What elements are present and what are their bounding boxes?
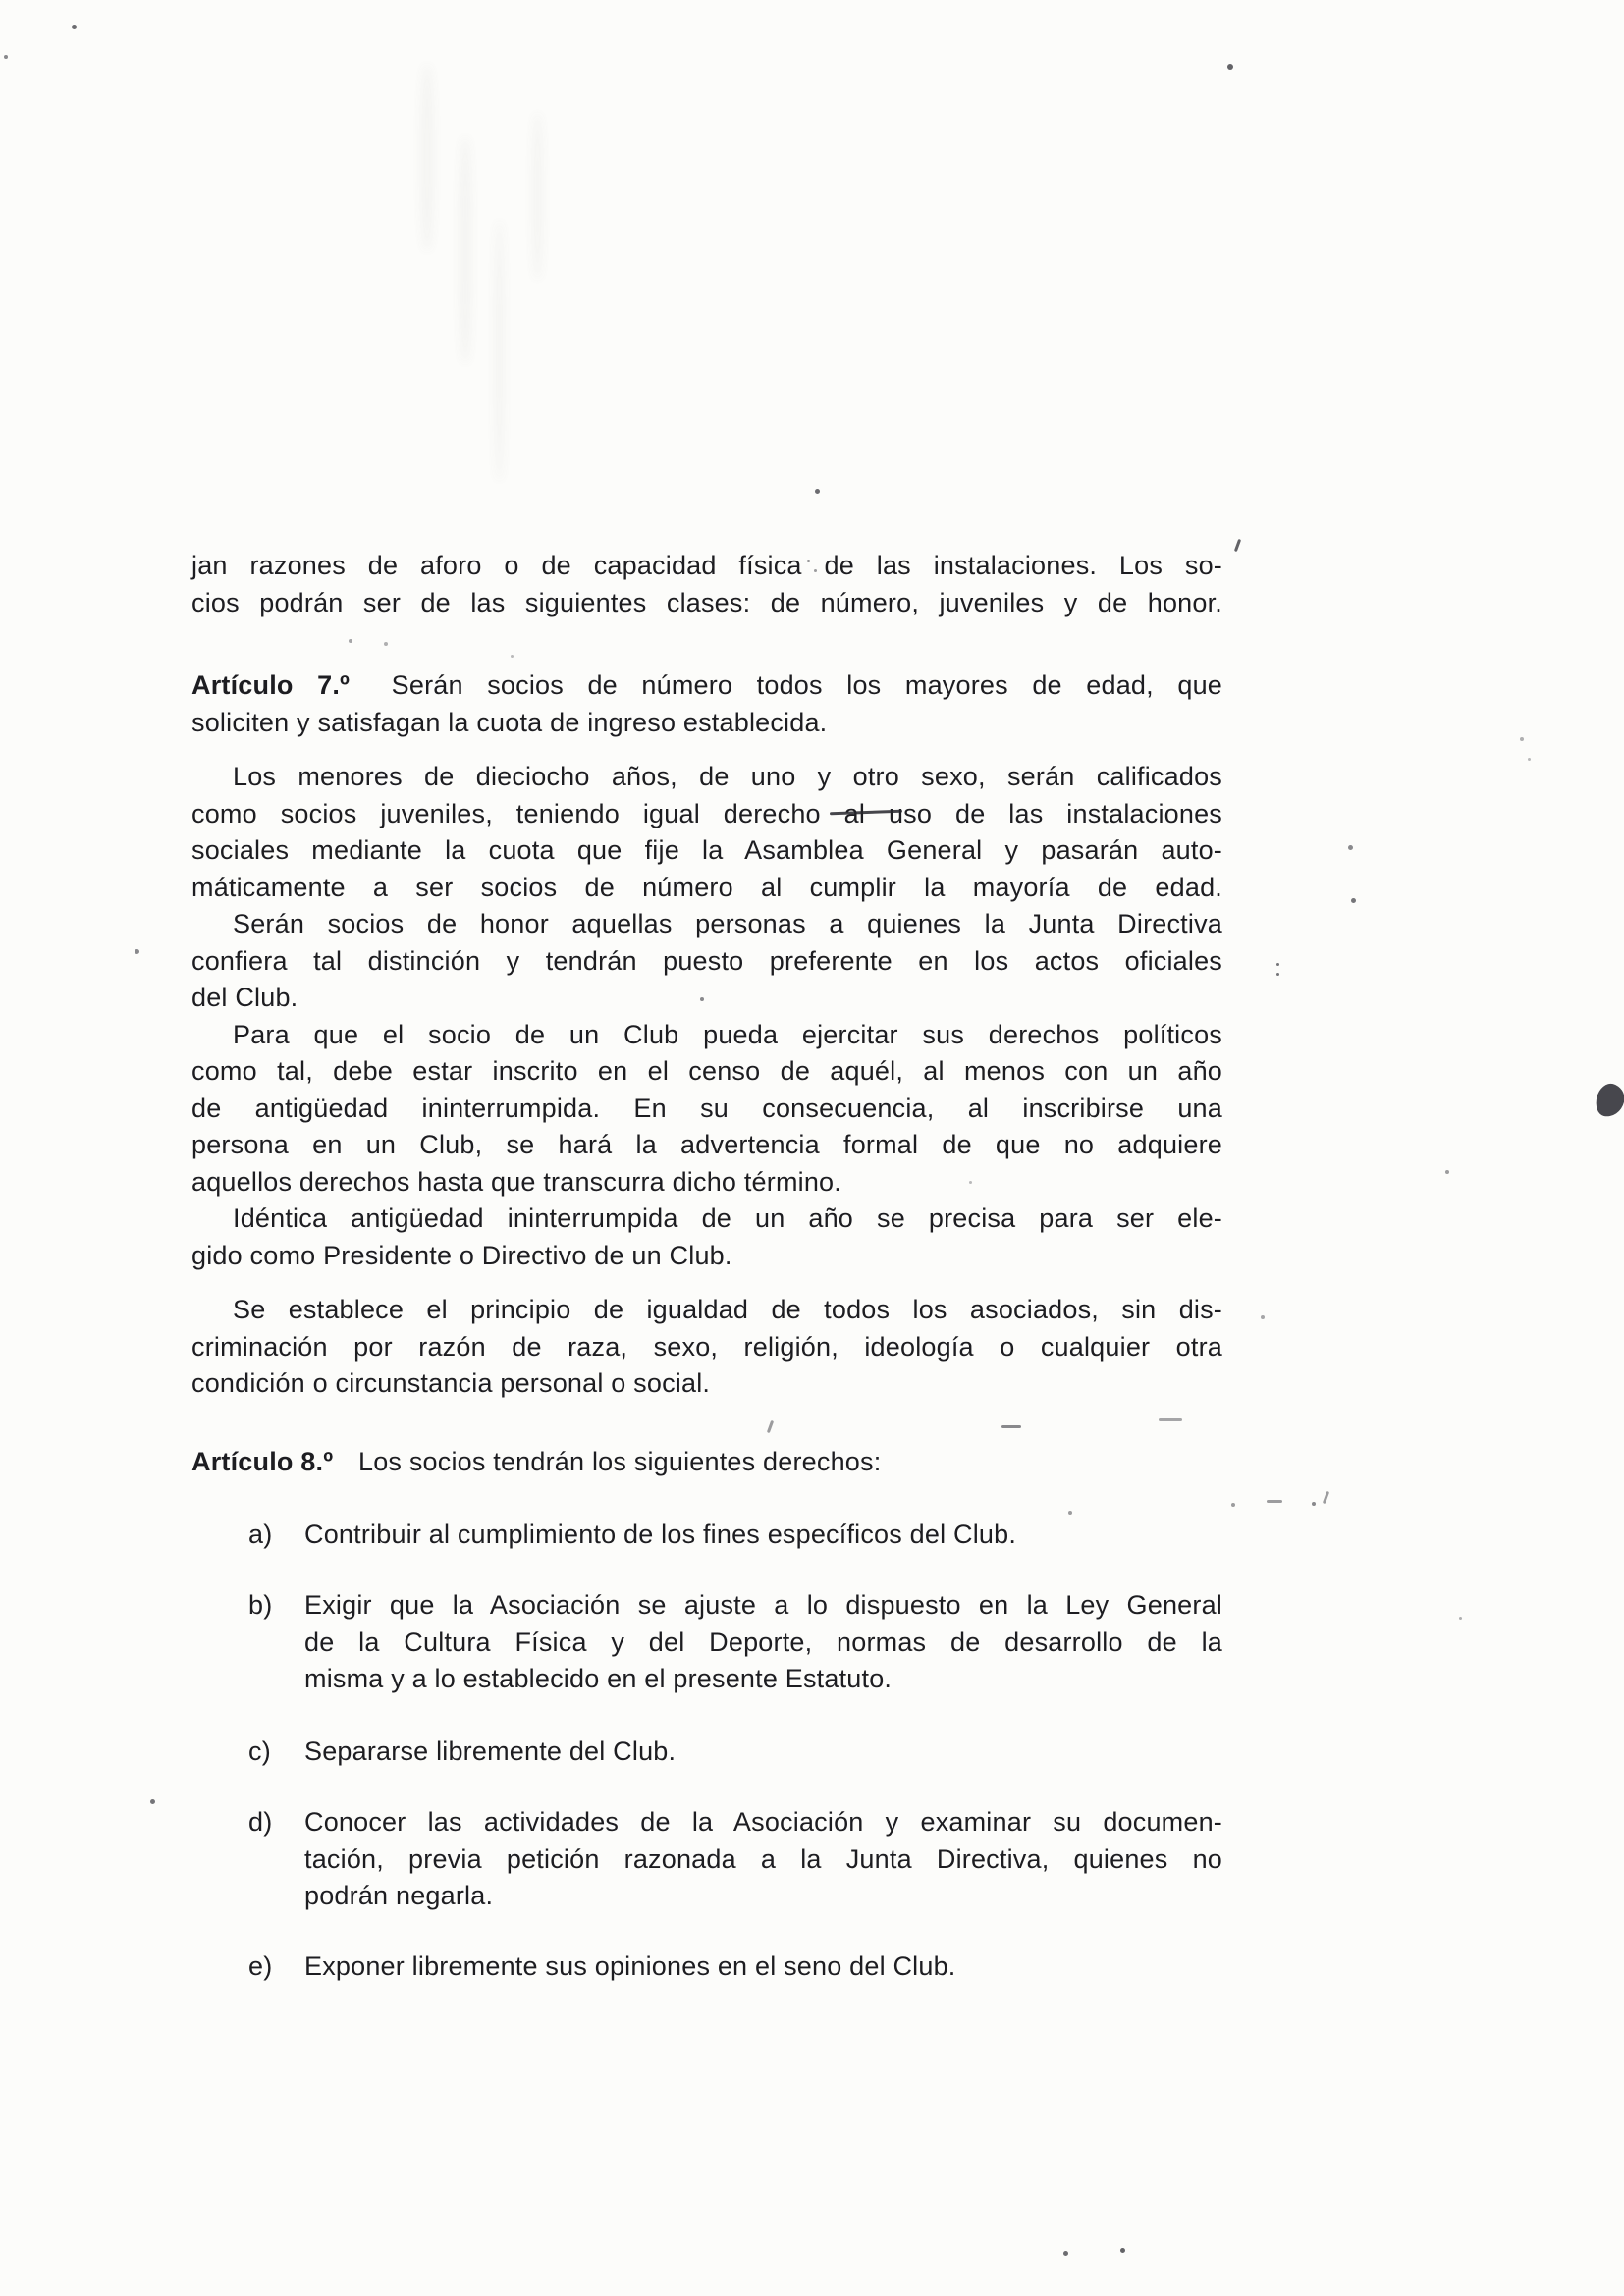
scan-artifact-smudge	[532, 113, 543, 280]
article-number: Artículo 8.º	[191, 1447, 333, 1476]
text-line: Exigir que la Asociación se ajuste a lo …	[304, 1587, 1222, 1625]
scan-artifact-dot	[1276, 973, 1279, 976]
scan-artifact-dot	[1348, 845, 1353, 850]
derecho-item-c: c)Separarse libremente del Club.	[191, 1734, 1222, 1771]
derecho-item-a: a)Contribuir al cumplimiento de los fine…	[191, 1517, 1222, 1554]
scan-artifact-smudge	[495, 221, 504, 481]
scan-artifact-dot	[1063, 2251, 1068, 2256]
scanned-document-page: jan razones de aforo o de capacidad físi…	[0, 0, 1624, 2296]
derecho-item-e: e)Exponer libremente sus opiniones en el…	[191, 1949, 1222, 1986]
scan-artifact-tick	[767, 1420, 774, 1433]
derecho-item-d: d)Conocer las actividades de la Asociaci…	[191, 1804, 1222, 1915]
article-lead-text: Serán socios de número todos los mayores…	[392, 670, 1222, 700]
scan-artifact-dot	[1231, 1503, 1235, 1507]
articulo-7-paragraph: Artículo 7.º Serán socios de número todo…	[191, 667, 1222, 741]
scan-artifact-dot	[135, 949, 139, 954]
text-line: como socios juveniles, teniendo igual de…	[191, 796, 1222, 833]
text-line: gido como Presidente o Directivo de un C…	[191, 1238, 1222, 1275]
scan-artifact-dash	[1267, 1500, 1282, 1503]
text-line: Conocer las actividades de la Asociación…	[304, 1804, 1222, 1842]
list-marker-d: d)	[248, 1804, 272, 1842]
text-line: confiera tal distinción y tendrán puesto…	[191, 943, 1222, 981]
scan-artifact-dot	[72, 25, 77, 29]
scan-artifact-dash	[1159, 1418, 1182, 1421]
socios-clases-paragraph: Los menores de dieciocho años, de uno y …	[191, 759, 1222, 1274]
scan-artifact-dot	[150, 1799, 155, 1804]
text-line: del Club.	[191, 980, 1222, 1017]
text-line: persona en un Club, se hará la advertenc…	[191, 1127, 1222, 1164]
text-line: misma y a lo establecido en el presente …	[304, 1661, 1222, 1698]
text-line: de antigüedad ininterrumpida. En su cons…	[191, 1091, 1222, 1128]
list-marker-a: a)	[248, 1517, 272, 1554]
scan-artifact-dot	[815, 489, 820, 494]
text-line: cios podrán ser de las siguientes clases…	[191, 585, 1222, 622]
text-line: Para que el socio de un Club pueda ejerc…	[191, 1017, 1222, 1054]
scan-artifact-dash	[1001, 1425, 1021, 1428]
scan-artifact-tick	[1323, 1491, 1329, 1504]
text-line: Idéntica antigüedad ininterrumpida de un…	[191, 1201, 1222, 1238]
text-line: Serán socios de honor aquellas personas …	[191, 906, 1222, 943]
list-marker-e: e)	[248, 1949, 272, 1986]
text-line: Separarse libremente del Club.	[304, 1734, 1222, 1771]
text-line: podrán negarla.	[304, 1878, 1222, 1915]
article-number: Artículo 7.º	[191, 670, 350, 700]
scan-artifact-dot	[1528, 758, 1531, 761]
scan-artifact-dot	[511, 655, 514, 658]
scan-artifact-dot	[349, 639, 352, 643]
scan-artifact-dot	[1351, 898, 1356, 903]
text-line: máticamente a ser socios de número al cu…	[191, 870, 1222, 907]
text-line: Los menores de dieciocho años, de uno y …	[191, 759, 1222, 796]
text-line: Se establece el principio de igualdad de…	[191, 1292, 1222, 1329]
scan-artifact-dot	[1312, 1502, 1316, 1506]
text-line: aquellos derechos hasta que transcurra d…	[191, 1164, 1222, 1201]
scan-artifact-dot	[4, 55, 8, 59]
derecho-item-b: b)Exigir que la Asociación se ajuste a l…	[191, 1587, 1222, 1698]
igualdad-paragraph: Se establece el principio de igualdad de…	[191, 1292, 1222, 1403]
list-marker-b: b)	[248, 1587, 272, 1625]
text-line: Artículo 8.º Los socios tendrán los sigu…	[191, 1444, 1222, 1481]
scan-artifact-blot	[1593, 1081, 1624, 1120]
scan-artifact-dot	[1261, 1315, 1265, 1319]
text-line: sociales mediante la cuota que fije la A…	[191, 832, 1222, 870]
text-line: condición o circunstancia personal o soc…	[191, 1365, 1222, 1403]
text-line: Contribuir al cumplimiento de los fines …	[304, 1517, 1222, 1554]
scan-artifact-dot	[1227, 64, 1233, 70]
text-line: jan razones de aforo o de capacidad físi…	[191, 548, 1222, 585]
scan-artifact-dot	[1276, 963, 1279, 966]
text-line: como tal, debe estar inscrito en el cens…	[191, 1053, 1222, 1091]
text-line: de la Cultura Física y del Deporte, norm…	[304, 1625, 1222, 1662]
scan-artifact-dot	[1520, 737, 1524, 741]
text-line: tación, previa petición razonada a la Ju…	[304, 1842, 1222, 1879]
scan-artifact-dot	[1445, 1170, 1449, 1174]
scan-artifact-dot	[1068, 1511, 1072, 1515]
article-lead-text: Los socios tendrán los siguientes derech…	[358, 1447, 881, 1476]
text-line: Artículo 7.º Serán socios de número todo…	[191, 667, 1222, 705]
text-line: Exponer libremente sus opiniones en el s…	[304, 1949, 1222, 1986]
text-line: criminación por razón de raza, sexo, rel…	[191, 1329, 1222, 1366]
scan-artifact-dot	[384, 642, 388, 646]
intro-continuation-paragraph: jan razones de aforo o de capacidad físi…	[191, 548, 1222, 621]
scan-artifact-tick	[1234, 539, 1241, 552]
scan-artifact-dot	[1459, 1617, 1462, 1620]
articulo-8-heading: Artículo 8.º Los socios tendrán los sigu…	[191, 1444, 1222, 1481]
scan-artifact-smudge	[420, 65, 434, 251]
scan-artifact-dot	[1120, 2248, 1125, 2253]
text-line: soliciten y satisfagan la cuota de ingre…	[191, 705, 1222, 742]
scan-artifact-smudge	[460, 137, 471, 363]
list-marker-c: c)	[248, 1734, 271, 1771]
